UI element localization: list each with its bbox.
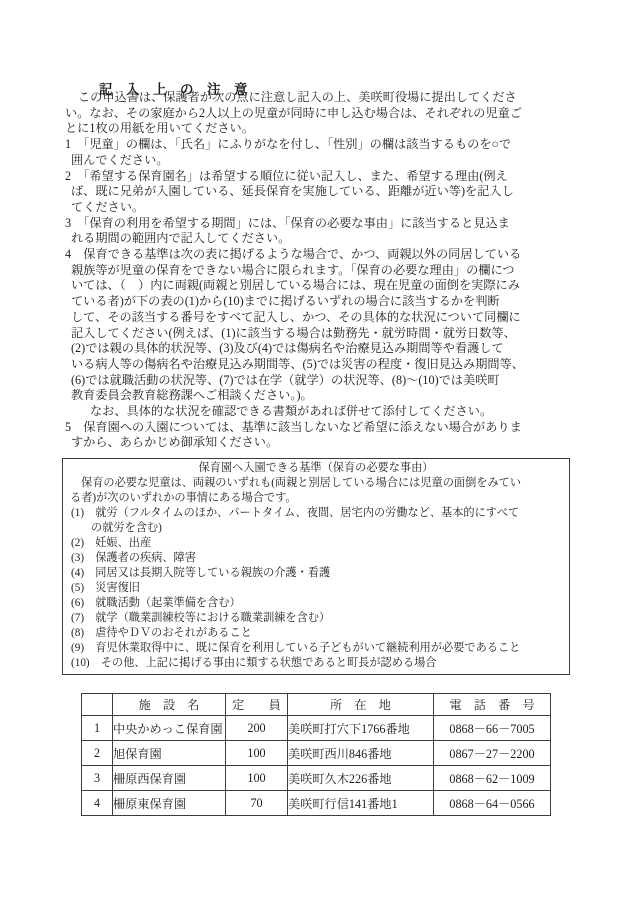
criteria-box: 保育園へ入園できる基準（保育の必要な事由） 保育の必要な児童は、両親のいずれも(… (62, 458, 570, 675)
note-line: 1 「児童」の欄は、「氏名」にふりがなを付し、「性別」の欄は該当するものを○で (65, 137, 573, 153)
address-cell: 美咲町行信141番地1 (288, 791, 434, 816)
criteria-line: (6) 就職活動（起業準備を含む） (70, 596, 562, 611)
note-line: 2 「希望する保育園名」は希望する順位に従い記入し、また、希望する理由(例え (65, 169, 573, 185)
col-header-capacity: 定 員 (226, 694, 288, 716)
note-line: れる期間の範囲内で記入してください。 (65, 231, 573, 247)
criteria-line: (2) 妊娠、出産 (70, 536, 562, 551)
note-line: いる病人等の傷病名や治療見込み期間等、(5)では災害の程度・復旧見込み期間等、 (65, 357, 573, 373)
note-line: ば、既に兄弟が入園している、延長保育を実施している、距離が近い等)を記入し (65, 184, 573, 200)
note-line: 4 保育できる基準は次の表に掲げるような場合で、かつ、両親以外の同居している (65, 247, 573, 263)
criteria-line: の就労を含む) (70, 521, 562, 536)
note-line: 5 保育園への入園については、基準に該当しないなど希望に添えない場合がありま (65, 420, 573, 436)
criteria-line: (1) 就労（フルタイムのほか、パートタイム、夜間、居宅内の労働など、基本的にす… (70, 506, 562, 521)
phone-number-cell: 0867－27－2200 (434, 741, 551, 766)
row-number-cell: 2 (82, 741, 113, 766)
note-line: この申込書は、保護者が次の点に注意し記入の上、美咲町役場に提出してくださ (65, 90, 573, 106)
phone-number-cell: 0868－62－1009 (434, 766, 551, 791)
facility-table: 施 設 名定 員所 在 地電 話 番 号 1中央かめっこ保育園200美咲町打穴下… (81, 693, 551, 816)
facility-row: 1中央かめっこ保育園200美咲町打穴下1766番地0868－66－7005 (82, 716, 551, 741)
capacity-cell: 100 (226, 741, 288, 766)
note-line: 3 「保育の利用を希望する期間」には、「保育の必要な事由」に該当すると見込ま (65, 216, 573, 232)
facility-row: 2旭保育園100美咲町西川846番地0867－27－2200 (82, 741, 551, 766)
criteria-line: (9) 育児休業取得中に、既に保育を利用している子どもがいて継続利用が必要である… (70, 641, 562, 656)
criteria-line: る者)が次のいずれかの事情にある場合です。 (70, 491, 562, 506)
note-line: 記入してください(例えば、(1)に該当する場合は勤務先・就労時間・就労日数等、 (65, 326, 573, 342)
row-number-cell: 3 (82, 766, 113, 791)
notes-section: この申込書は、保護者が次の点に注意し記入の上、美咲町役場に提出してください。なお… (65, 90, 573, 451)
note-line: して、その該当する番号をすべて記入し、かつ、その具体的な状況について同欄に (65, 310, 573, 326)
note-line: 囲んでください。 (65, 153, 573, 169)
facility-row: 3柵原西保育園100美咲町久木226番地0868－62－1009 (82, 766, 551, 791)
note-line: (2)では親の具体的状況等、(3)及び(4)では傷病名や治療見込み期間等や看護し… (65, 341, 573, 357)
note-line: 親族等が児童の保育をできない場合に限られます。「保育の必要な理由」の欄につ (65, 263, 573, 279)
col-header-facility-name: 施 設 名 (113, 694, 226, 716)
criteria-line: (7) 就学（職業訓練校等における職業訓練を含む） (70, 611, 562, 626)
address-cell: 美咲町久木226番地 (288, 766, 434, 791)
facility-name-cell: 旭保育園 (113, 741, 226, 766)
criteria-line: (8) 虐待やＤＶのおそれがあること (70, 626, 562, 641)
facility-table-body: 1中央かめっこ保育園200美咲町打穴下1766番地0868－66－70052旭保… (82, 716, 551, 816)
facility-name-cell: 柵原東保育園 (113, 791, 226, 816)
row-number-cell: 4 (82, 791, 113, 816)
criteria-line: 保育の必要な児童は、両親のいずれも(両親と別居している場合には児童の面倒をみてい (70, 476, 562, 491)
capacity-cell: 70 (226, 791, 288, 816)
note-line: すから、あらかじめ御承知ください。 (65, 435, 573, 451)
criteria-box-body: 保育の必要な児童は、両親のいずれも(両親と別居している場合には児童の面倒をみてい… (70, 476, 562, 671)
facility-table-header: 施 設 名定 員所 在 地電 話 番 号 (82, 694, 551, 716)
col-header-address: 所 在 地 (288, 694, 434, 716)
col-header-phone-number: 電 話 番 号 (434, 694, 551, 716)
phone-number-cell: 0868－66－7005 (434, 716, 551, 741)
row-number-cell: 1 (82, 716, 113, 741)
phone-number-cell: 0868－64－0566 (434, 791, 551, 816)
facility-name-cell: 柵原西保育園 (113, 766, 226, 791)
note-line: とに1枚の用紙を用いてください。 (65, 121, 573, 137)
note-line: なお、具体的な状況を確認できる書類があれば併せて添付してください。 (65, 404, 573, 420)
facility-name-cell: 中央かめっこ保育園 (113, 716, 226, 741)
criteria-line: (10) その他、上記に掲げる事由に類する状態であると町長が認める場合 (70, 656, 562, 671)
address-cell: 美咲町西川846番地 (288, 741, 434, 766)
note-line: (6)では就職活動の状況等、(7)では在学（就学）の状況等、(8)～(10)では… (65, 373, 573, 389)
note-line: ている者)が下の表の(1)から(10)までに掲げるいずれの場合に該当するかを判断 (65, 294, 573, 310)
note-line: てください。 (65, 200, 573, 216)
note-line: いては、（ ）内に両親(両親と別居している場合には、現在児童の面倒を実際にみ (65, 278, 573, 294)
capacity-cell: 200 (226, 716, 288, 741)
criteria-line: (4) 同居又は長期入院等している親族の介護・看護 (70, 566, 562, 581)
col-header-row-number (82, 694, 113, 716)
facility-row: 4柵原東保育園70美咲町行信141番地10868－64－0566 (82, 791, 551, 816)
criteria-box-title: 保育園へ入園できる基準（保育の必要な事由） (70, 461, 562, 476)
facility-header-row: 施 設 名定 員所 在 地電 話 番 号 (82, 694, 551, 716)
address-cell: 美咲町打穴下1766番地 (288, 716, 434, 741)
criteria-line: (3) 保護者の疾病、障害 (70, 551, 562, 566)
capacity-cell: 100 (226, 766, 288, 791)
note-line: 教育委員会教育総務課へご相談ください。)。 (65, 388, 573, 404)
note-line: い。なお、その家庭から2人以上の児童が同時に申し込む場合は、それぞれの児童ご (65, 106, 573, 122)
criteria-line: (5) 災害復旧 (70, 581, 562, 596)
document-page: 記 入 上 の 注 意 この申込書は、保護者が次の点に注意し記入の上、美咲町役場… (0, 0, 630, 903)
